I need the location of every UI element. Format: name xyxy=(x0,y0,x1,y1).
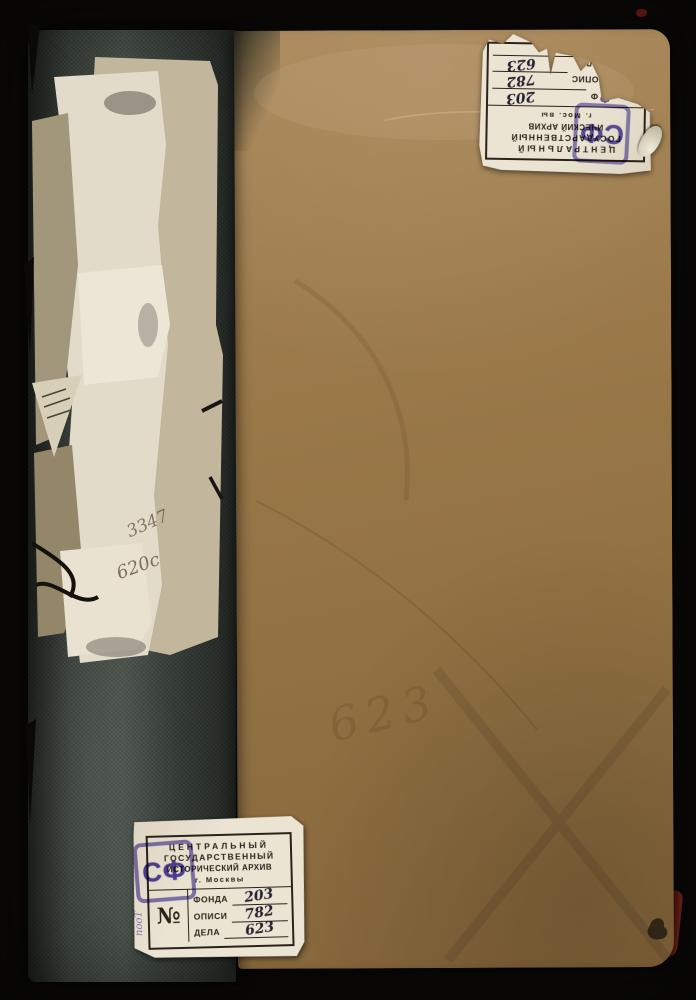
label-paper: ЦЕНТРАЛЬНЫЙ ГОСУДАРСТВЕННЫЙ ИСТОРИЧЕСКИЙ… xyxy=(131,816,307,960)
red-paint-speck xyxy=(636,9,647,17)
delo-label: ЕЛА xyxy=(579,56,598,68)
archive-label-top: ЦЕНТРАЛЬНЫЙ ГОСУДАРСТВЕННЫЙ ИЧЕСКИЙ АРХИ… xyxy=(479,34,653,175)
opis-label: ОПИС xyxy=(571,72,598,84)
stamp-rows: Ф 203 ОПИС 782 ЕЛА 623 xyxy=(488,53,645,108)
archive-label-bottom: ЦЕНТРАЛЬНЫЙ ГОСУДАРСТВЕННЫЙ ИСТОРИЧЕСКИЙ… xyxy=(131,816,307,960)
stamp-table: Ф 203 ОПИС 782 ЕЛА 623 xyxy=(488,53,645,108)
label-paper: ЦЕНТРАЛЬНЫЙ ГОСУДАРСТВЕННЫЙ ИЧЕСКИЙ АРХИ… xyxy=(479,34,653,175)
purple-letter: Ф xyxy=(600,92,610,106)
opis-label: ОПИСИ xyxy=(194,910,228,923)
ink-blot xyxy=(647,918,667,939)
delo-row: ЕЛА 623 xyxy=(493,55,599,73)
photo-backdrop: 3347 620c 623 ЦЕНТРАЛЬНЫЙ ГОСУДАРСТВЕННЫ… xyxy=(0,0,696,1000)
delo-value: 623 xyxy=(506,55,537,74)
handwritten-side-note: пооТ xyxy=(132,860,145,936)
delo-row: ДЕЛА 623 xyxy=(194,921,288,940)
fond-label: ФОНДА xyxy=(193,894,228,907)
fond-value: 203 xyxy=(505,87,536,106)
delo-label: ДЕЛА xyxy=(194,927,220,940)
fond-label: Ф xyxy=(590,89,598,101)
opis-row: ОПИС 782 xyxy=(492,71,598,89)
stamp-rows: ФОНДА 203 ОПИСИ 782 ДЕЛА 623 xyxy=(188,887,292,942)
sf-stamp: СФ xyxy=(572,102,631,165)
